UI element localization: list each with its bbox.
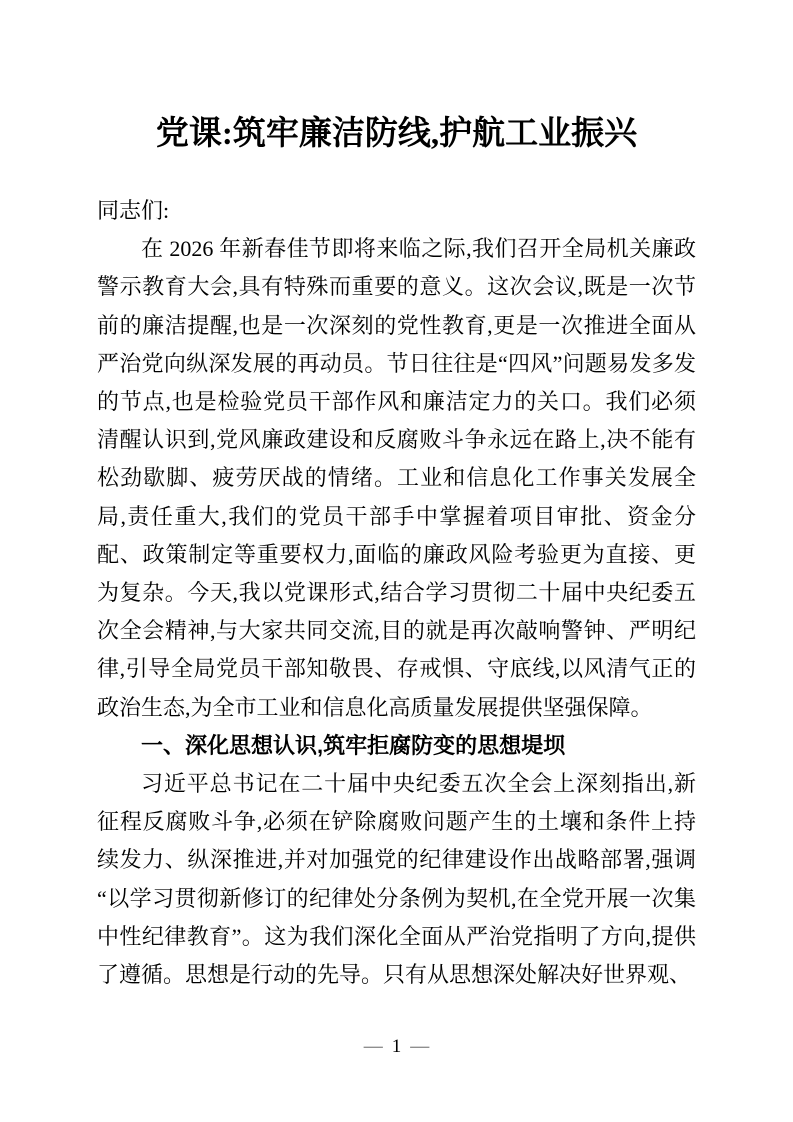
paragraph-section-1: 习近平总书记在二十届中央纪委五次全会上深刻指出,新征程反腐败斗争,必须在铲除腐败… [97, 765, 696, 994]
document-title: 党课:筑牢廉洁防线,护航工业振兴 [97, 114, 696, 154]
document-page: 党课:筑牢廉洁防线,护航工业振兴 同志们: 在 2026 年新春佳节即将来临之际… [0, 0, 793, 1122]
page-footer: —1— [0, 1034, 793, 1060]
section-heading-1: 一、深化思想认识,筑牢拒腐防变的思想堤坝 [97, 727, 696, 765]
footer-dash-left: — [364, 1036, 383, 1057]
salutation: 同志们: [97, 192, 696, 230]
paragraph-intro: 在 2026 年新春佳节即将来临之际,我们召开全局机关廉政警示教育大会,具有特殊… [97, 230, 696, 727]
document-body: 同志们: 在 2026 年新春佳节即将来临之际,我们召开全局机关廉政警示教育大会… [97, 192, 696, 994]
page-number: 1 [392, 1034, 402, 1060]
document-content: 党课:筑牢廉洁防线,护航工业振兴 同志们: 在 2026 年新春佳节即将来临之际… [97, 0, 696, 994]
footer-dash-right: — [410, 1036, 429, 1057]
